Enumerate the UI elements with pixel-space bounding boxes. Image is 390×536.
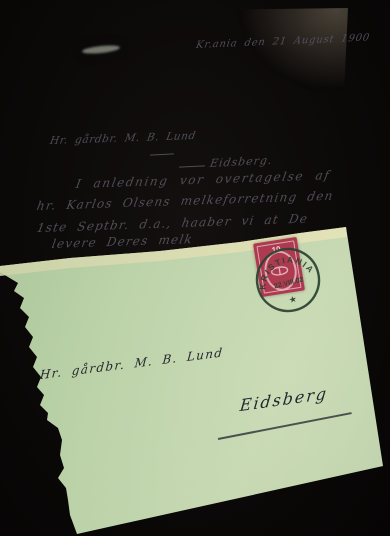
postmark-date: 22.VIII.02 [273,276,304,290]
postmark-star-icon: ★ [288,294,298,306]
paper-smudge [82,44,121,55]
photo-background: Kr.ania den 21 August 1900 Hr. gårdbr. M… [0,0,390,536]
